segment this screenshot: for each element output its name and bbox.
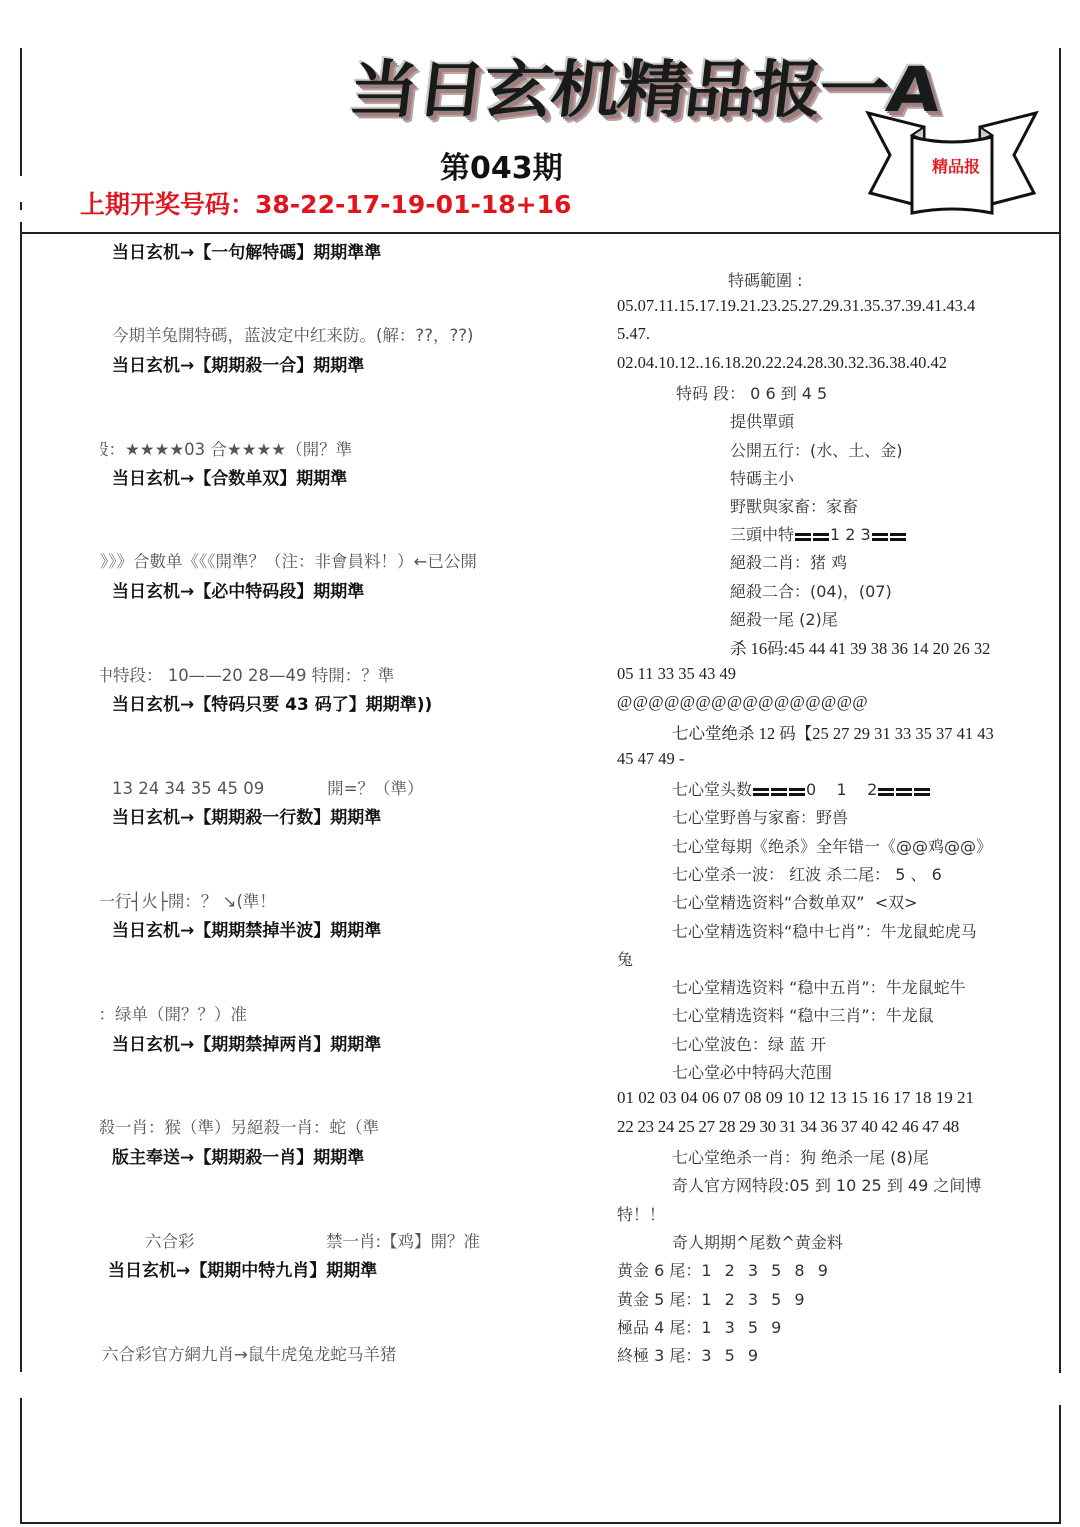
- left-content-9b: 禁一肖:【鸡】開？准: [326, 1228, 480, 1252]
- wild-domestic: 野獸與家畜：家畜: [730, 494, 858, 517]
- range-title: 特碼範圍 :: [728, 268, 802, 291]
- left-content-6: 殺一行┤火├開：？ ↘(準！: [82, 888, 276, 912]
- left-heading-3: 当日玄机→【合数单双】期期準: [112, 464, 347, 489]
- frame-right-top: [1059, 48, 1061, 1373]
- qxt-kill-zodiac: 七心堂绝杀一肖：狗 绝杀一尾 (8)尾: [672, 1145, 929, 1168]
- qxt-kill12-line-2: 45 47 49 -: [617, 749, 684, 769]
- kill-two-zodiac: 絕殺二肖：猪 鸡: [730, 550, 847, 573]
- left-content-3: 》》》合數单《《《開準？（注：非會員料！）←已公開: [100, 548, 477, 572]
- tail-label: 終極 3 尾：: [617, 1346, 701, 1365]
- qxt-big-range-title: 七心堂必中特码大范围: [672, 1060, 832, 1083]
- at-line: @@@@@@@@@@@@@@@@: [617, 692, 868, 712]
- tail-row: 黄金 6 尾：1 2 3 5 8 9: [617, 1258, 832, 1281]
- banner-badge-icon: [862, 85, 1042, 220]
- tail-value: 3 5 9: [701, 1346, 762, 1365]
- tail-row: 黄金 5 尾：1 2 3 5 9: [617, 1287, 809, 1310]
- kill16-line-1: 杀 16码:45 44 41 39 38 36 14 20 26 32: [730, 635, 990, 659]
- frame-left-bottom: [20, 1398, 22, 1523]
- qiren-title: 奇人期期^尾数^黄金料: [672, 1230, 843, 1253]
- left-heading-10: 当日玄机→【期期中特九肖】期期準: [108, 1256, 377, 1281]
- segment: 特码 段： 0 6 到 4 5: [676, 381, 827, 404]
- range-line-1: 05.07.11.15.17.19.21.23.25.27.29.31.35.3…: [617, 296, 975, 316]
- qxt-odd-even: 七心堂精选资料“合数单双” <双>: [672, 890, 918, 913]
- double-bar-icon: [794, 526, 830, 545]
- left-content-7: 殺：绿单（開？？）准: [82, 1001, 247, 1025]
- big-range-line-1: 01 02 03 04 06 07 08 09 10 12 13 15 16 1…: [617, 1088, 974, 1108]
- left-heading-5: 当日玄机→【特码只要 43 码了】期期準)): [112, 690, 432, 715]
- frame-bottom: [20, 1522, 1061, 1524]
- tail-value: 1 2 3 5 9: [701, 1290, 808, 1309]
- left-content-4: 必中特段： 10——20 28—49 特開：？準: [80, 662, 394, 686]
- qxt-seven-line-1: 七心堂精选资料“稳中七肖”：牛龙鼠蛇虎马: [672, 919, 977, 942]
- qiren-segment-line-2: 特！！: [617, 1202, 665, 1225]
- frame-left-mark: [20, 202, 22, 210]
- double-bar-icon: [871, 526, 907, 545]
- page-title: 当日玄机精品报一A: [345, 40, 945, 129]
- three-heads-label: 三頭中特: [730, 525, 794, 544]
- qxt-head-value: 0 1 2: [806, 780, 877, 799]
- qxt-color: 七心堂波色：绿 蓝 开: [672, 1032, 826, 1055]
- range-line-2: 5.47.: [617, 324, 650, 344]
- left-heading-8: 当日玄机→【期期禁掉两肖】期期準: [112, 1030, 381, 1055]
- last-draw-numbers: 38-22-17-19-01-18+16: [255, 190, 571, 219]
- tail-value: 1 3 5 9: [701, 1318, 785, 1337]
- main-small: 特碼主小: [730, 466, 794, 489]
- left-heading-2: 当日玄机→【期期殺一合】期期準: [112, 351, 364, 376]
- frame-left-main: [20, 222, 22, 1372]
- left-content-8: 絕殺一肖：猴（準）另絕殺一肖：蛇（準: [82, 1114, 379, 1138]
- issue-number: 第043期: [440, 143, 563, 187]
- big-range-line-2: 22 23 24 25 27 28 29 30 31 34 36 37 40 4…: [617, 1117, 959, 1137]
- kill-one-tail: 絕殺一尾 (2)尾: [730, 607, 838, 630]
- qxt-seven-line-2: 兔: [617, 947, 633, 970]
- qxt-wave: 七心堂杀一波： 红波 杀二尾： 5 、 6: [672, 862, 942, 885]
- triple-bar-icon: [752, 781, 806, 800]
- left-content-5: 13 24 34 35 45 09 開=？（準）: [112, 775, 423, 799]
- tail-row: 終極 3 尾：3 5 9: [617, 1343, 762, 1366]
- triple-bar-icon: [877, 781, 931, 800]
- range-line-3: 02.04.10.12..16.18.20.22.24.28.30.32.36.…: [617, 353, 947, 373]
- frame-left-top: [20, 48, 22, 176]
- qiren-segment-line-1: 奇人官方网特段:05 到 10 25 到 49 之间博: [672, 1173, 981, 1196]
- tail-label: 黄金 6 尾：: [617, 1261, 701, 1280]
- last-draw: 上期开奖号码：38-22-17-19-01-18+16: [80, 185, 571, 221]
- header-divider: [20, 232, 1061, 234]
- badge-label: 精品报: [932, 154, 980, 177]
- left-heading-6: 当日玄机→【期期殺一行数】期期準: [112, 803, 381, 828]
- qxt-kill12-line-1: 七心堂绝杀 12 码【25 27 29 31 33 35 37 41 43: [672, 720, 994, 744]
- tail-value: 1 2 3 5 8 9: [701, 1261, 832, 1280]
- five-elements: 公開五行：(水、土、金): [730, 438, 903, 461]
- three-heads: 三頭中特1 2 3: [730, 522, 907, 545]
- qxt-five: 七心堂精选资料 “稳中五肖”：牛龙鼠蛇牛: [672, 975, 966, 998]
- tail-row: 極品 4 尾：1 3 5 9: [617, 1315, 785, 1338]
- last-draw-label: 上期开奖号码：: [80, 190, 255, 219]
- left-content-9a: 六合彩: [145, 1228, 195, 1252]
- qxt-head-label: 七心堂头数: [672, 780, 752, 799]
- left-heading-7: 当日玄机→【期期禁掉半波】期期準: [112, 916, 381, 941]
- single-head: 提供單頭: [730, 409, 794, 432]
- qxt-yearly: 七心堂每期《绝杀》全年错一《@@鸡@@》: [672, 834, 992, 857]
- qxt-three: 七心堂精选资料 “稳中三肖”：牛龙鼠: [672, 1003, 934, 1026]
- three-heads-value: 1 2 3: [830, 525, 871, 544]
- qxt-head: 七心堂头数0 1 2: [672, 777, 931, 800]
- left-content-1: 今期羊兔開特碼，蓝波定中红来防。(解：??，??): [112, 322, 473, 346]
- tail-label: 黄金 5 尾：: [617, 1290, 701, 1309]
- left-heading-4: 当日玄机→【必中特码段】期期準: [112, 577, 364, 602]
- left-heading-9: 版主奉送→【期期殺一肖】期期準: [112, 1143, 364, 1168]
- left-content-2: 殺：★★★★03 合★★★★（開？準: [92, 436, 352, 460]
- left-heading-1: 当日玄机→【一句解特碼】期期準準: [112, 238, 381, 263]
- tail-label: 極品 4 尾：: [617, 1318, 701, 1337]
- frame-right-bottom: [1059, 1405, 1061, 1523]
- kill-two-combo: 絕殺二合：(04)，(07): [730, 579, 892, 602]
- left-content-10: 六合彩官方網九肖→鼠牛虎兔龙蛇马羊猪: [102, 1341, 396, 1365]
- kill16-line-2: 05 11 33 35 43 49: [617, 664, 736, 684]
- qxt-wild: 七心堂野兽与家畜：野兽: [672, 805, 848, 828]
